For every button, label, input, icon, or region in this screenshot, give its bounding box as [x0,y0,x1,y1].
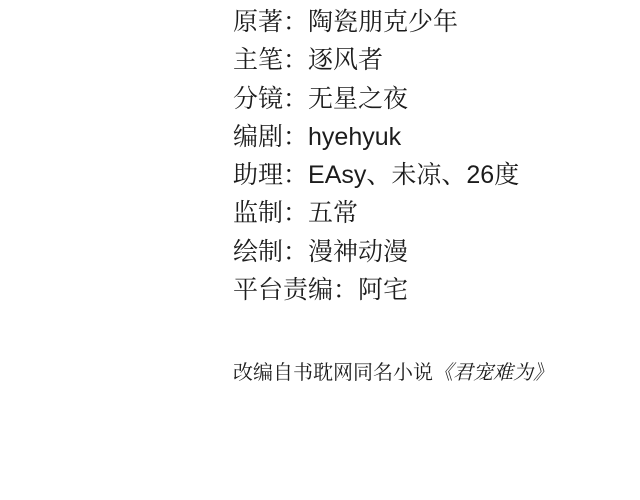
credit-separator: ： [283,46,308,74]
credit-line-assistants: 助理：EAsy、未凉、26度 [233,156,519,194]
credit-value: 五常 [308,199,358,227]
credit-line-studio: 绘制：漫神动漫 [233,233,519,271]
credit-line-lead-artist: 主笔：逐风者 [233,41,519,79]
credit-label: 平台责编 [233,276,333,304]
credit-separator: ： [283,8,308,36]
credit-value: hyehyuk [308,123,401,151]
adaptation-prefix: 改编自书耽网同名小说 [233,362,433,384]
credit-value: 阿宅 [358,276,408,304]
credit-label: 绘制 [233,238,283,266]
adaptation-note: 改编自书耽网同名小说《君宠难为》 [233,360,553,386]
credit-separator: ： [283,85,308,113]
credit-label: 监制 [233,199,283,227]
credits-list: 原著：陶瓷朋克少年 主笔：逐风者 分镜：无星之夜 编剧：hyehyuk 助理：E… [233,3,519,309]
book-title: 《君宠难为》 [433,362,553,384]
credit-line-storyboard: 分镜：无星之夜 [233,80,519,118]
credit-line-platform-editor: 平台责编：阿宅 [233,271,519,309]
credit-value: 陶瓷朋克少年 [308,8,458,36]
credit-label: 主笔 [233,46,283,74]
credit-label: 助理 [233,161,283,189]
credit-value: 漫神动漫 [308,238,408,266]
credit-line-screenwriter: 编剧：hyehyuk [233,118,519,156]
credit-separator: ： [283,238,308,266]
credit-line-supervisor: 监制：五常 [233,194,519,232]
credit-label: 编剧 [233,123,283,151]
credit-value: EAsy、未凉、26度 [308,161,519,189]
credit-value: 无星之夜 [308,85,408,113]
credit-separator: ： [333,276,358,304]
credit-separator: ： [283,123,308,151]
credit-line-original-author: 原著：陶瓷朋克少年 [233,3,519,41]
credit-label: 原著 [233,8,283,36]
credit-value: 逐风者 [308,46,383,74]
credit-separator: ： [283,161,308,189]
credit-label: 分镜 [233,85,283,113]
credit-separator: ： [283,199,308,227]
